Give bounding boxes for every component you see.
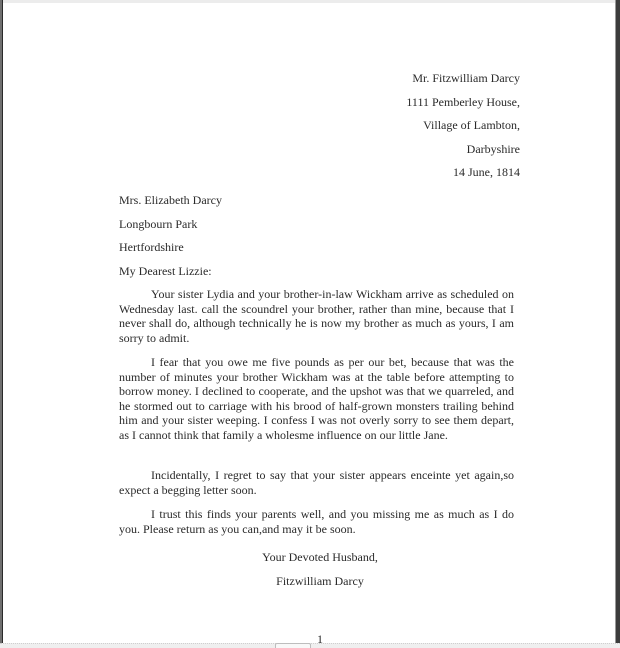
- letter-paragraph-1: Your sister Lydia and your brother-in-la…: [119, 287, 514, 345]
- paragraph-text: Incidentally, I regret to say that your …: [119, 468, 514, 497]
- paragraph-text: Your sister Lydia and your brother-in-la…: [119, 287, 514, 345]
- closing: Your Devoted Husband,: [0, 550, 620, 564]
- signature: Fitzwilliam Darcy: [0, 574, 620, 588]
- letter-paragraph-4: I trust this finds your parents well, an…: [119, 507, 514, 536]
- letter-paragraph-3: Incidentally, I regret to say that your …: [119, 468, 514, 497]
- sender-name: Mr. Fitzwilliam Darcy: [412, 71, 520, 85]
- letter-paragraph-2: I fear that you owe me five pounds as pe…: [119, 355, 514, 443]
- recipient-county: Hertfordshire: [119, 240, 184, 254]
- recipient-address-line-1: Longbourn Park: [119, 217, 197, 231]
- recipient-name: Mrs. Elizabeth Darcy: [119, 193, 222, 207]
- sender-address-line-1: 1111 Pemberley House,: [406, 95, 520, 109]
- salutation: My Dearest Lizzie:: [119, 264, 212, 278]
- scrollbar-thumb[interactable]: [275, 643, 311, 648]
- page-right-edge: [615, 0, 620, 644]
- paragraph-text: I trust this finds your parents well, an…: [119, 507, 514, 536]
- sender-county: Darbyshire: [467, 142, 520, 156]
- letter-date: 14 June, 1814: [453, 165, 520, 179]
- sender-address-line-2: Village of Lambton,: [423, 118, 520, 132]
- paragraph-text: I fear that you owe me five pounds as pe…: [119, 355, 514, 442]
